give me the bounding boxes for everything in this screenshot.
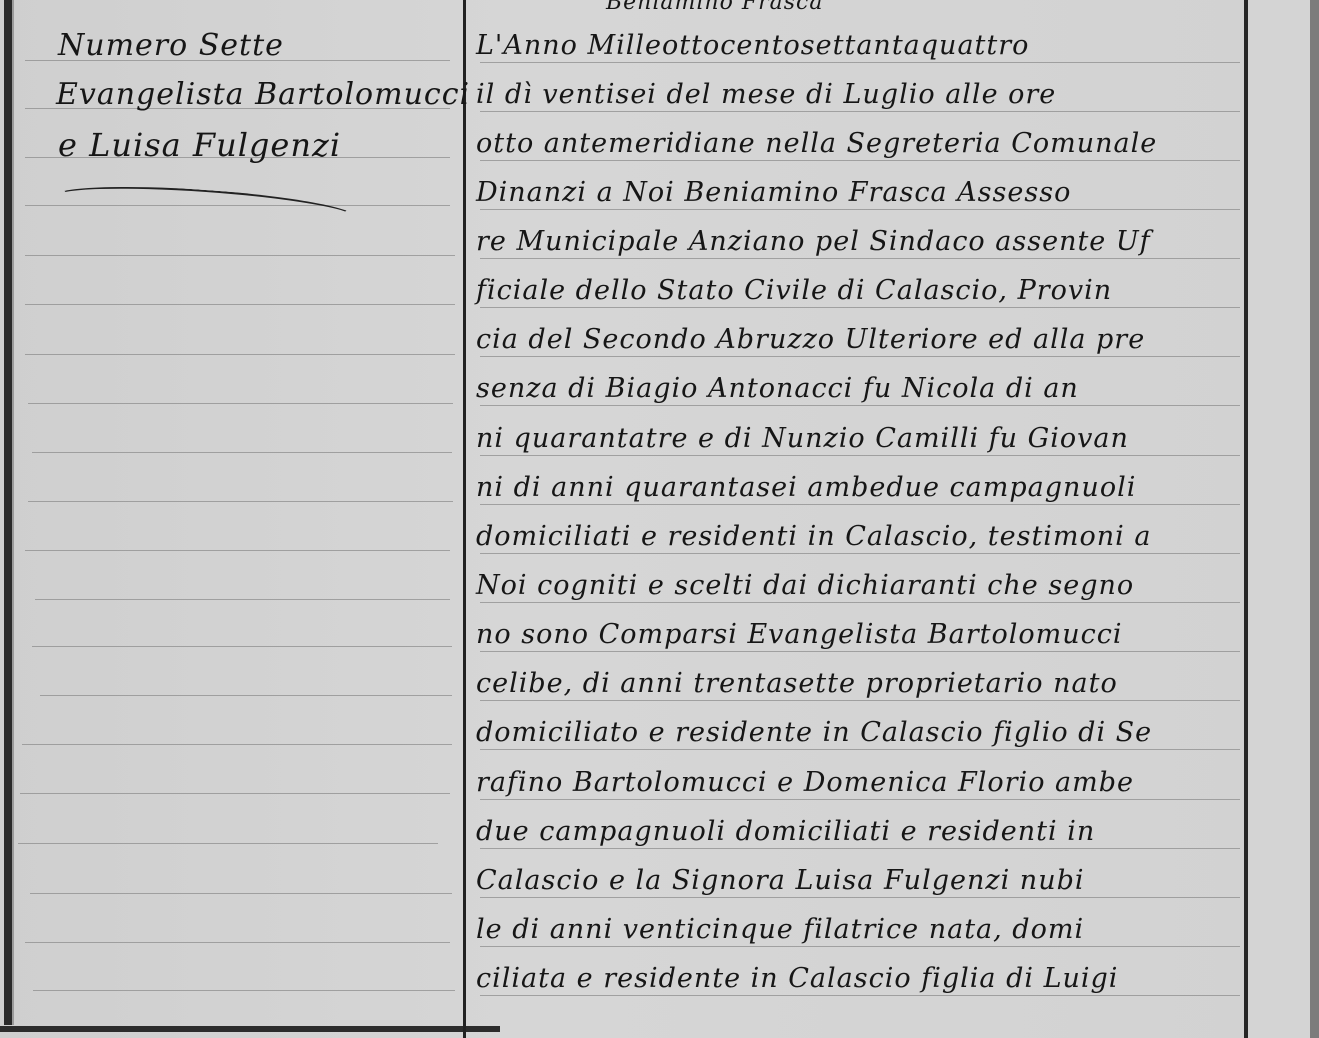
text-line: L'Anno Milleottocentosettantaquattro <box>476 30 1029 61</box>
entry-bride-name: e Luisa Fulgenzi <box>58 126 341 164</box>
text-line: cia del Secondo Abruzzo Ulteriore ed all… <box>476 324 1145 355</box>
text-line: ni quarantatre e di Nunzio Camilli fu Gi… <box>476 423 1129 454</box>
record-text-column: Beniamino Frasca L'Anno Milleottocentose… <box>476 0 1240 1038</box>
text-line: domiciliato e residente in Calascio figl… <box>476 717 1152 748</box>
text-line: Calascio e la Signora Luisa Fulgenzi nub… <box>476 865 1085 896</box>
bottom-border-rule <box>0 1026 500 1032</box>
page-edge-strip <box>1248 0 1310 1038</box>
text-line: senza di Biagio Antonacci fu Nicola di a… <box>476 373 1079 404</box>
entry-groom-name: Evangelista Bartolomucci <box>56 77 470 112</box>
header-note: Beniamino Frasca <box>606 0 823 15</box>
binding-edge <box>1310 0 1319 1038</box>
left-border-rule <box>4 0 14 1025</box>
document-page: Numero Sette Evangelista Bartolomucci e … <box>0 0 1319 1038</box>
text-line: ni di anni quarantasei ambedue campagnuo… <box>476 472 1136 503</box>
signature-flourish <box>52 179 358 234</box>
text-line: re Municipale Anziano pel Sindaco assent… <box>476 226 1151 257</box>
text-line: Dinanzi a Noi Beniamino Frasca Assesso <box>476 177 1071 208</box>
entry-number: Numero Sette <box>58 28 284 63</box>
margin-column: Numero Sette Evangelista Bartolomucci e … <box>18 0 458 1020</box>
text-line: due campagnuoli domiciliati e residenti … <box>476 816 1095 847</box>
text-line: ficiale dello Stato Civile di Calascio, … <box>476 275 1112 306</box>
text-line: Noi cogniti e scelti dai dichiaranti che… <box>476 570 1134 601</box>
column-divider <box>463 0 466 1038</box>
text-line: celibe, di anni trentasette proprietario… <box>476 668 1118 699</box>
text-line: ciliata e residente in Calascio figlia d… <box>476 963 1118 994</box>
right-border-rule <box>1244 0 1248 1038</box>
text-line: il dì ventisei del mese di Luglio alle o… <box>476 79 1056 110</box>
text-line: rafino Bartolomucci e Domenica Florio am… <box>476 767 1134 798</box>
text-line: domiciliati e residenti in Calascio, tes… <box>476 521 1152 552</box>
text-line: no sono Comparsi Evangelista Bartolomucc… <box>476 619 1123 650</box>
text-line: otto antemeridiane nella Segreteria Comu… <box>476 128 1157 159</box>
text-line: le di anni venticinque filatrice nata, d… <box>476 914 1084 945</box>
